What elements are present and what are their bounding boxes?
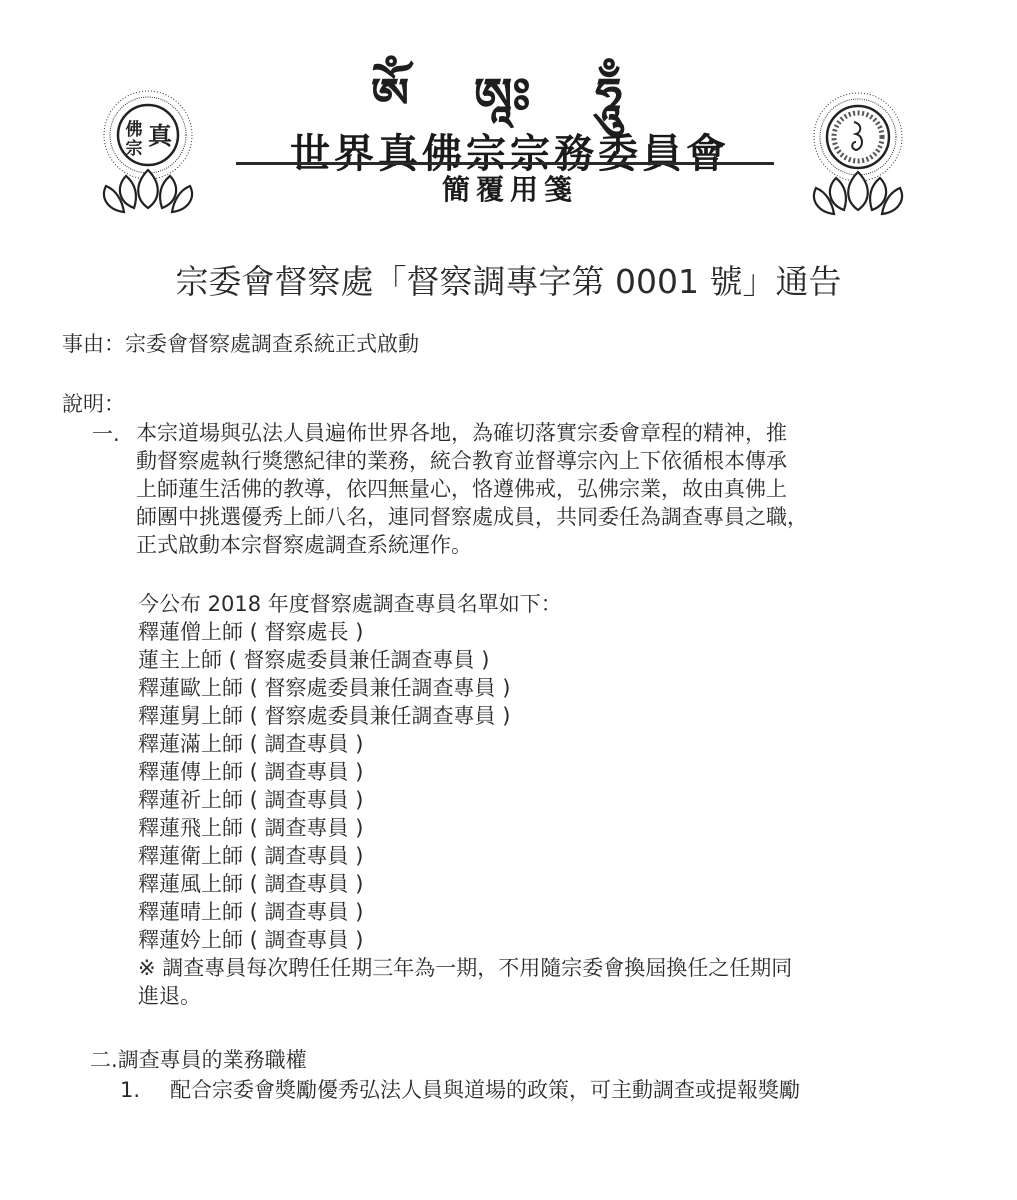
member-item: 釋蓮傳上師 ( 調查專員 ) [138, 758, 792, 786]
right-lotus-seal-icon [798, 92, 918, 217]
explanation-label: 說明： [62, 390, 125, 418]
member-item: 釋蓮飛上師 ( 調查專員 ) [138, 814, 792, 842]
member-item: 釋蓮風上師 ( 調查專員 ) [138, 870, 792, 898]
svg-text:真: 真 [148, 121, 173, 150]
left-lotus-emblem-icon: 佛 宗 真 [88, 90, 208, 215]
section-1-marker: 一. [92, 420, 120, 448]
member-list: 今公布 2018 年度督察處調查專員名單如下： 釋蓮僧上師 ( 督察處長 ) 蓮… [138, 590, 792, 1010]
member-item: 釋蓮妗上師 ( 調查專員 ) [138, 926, 792, 954]
member-item: 釋蓮滿上師 ( 調查專員 ) [138, 730, 792, 758]
member-item: 釋蓮舅上師 ( 督察處委員兼任調查專員 ) [138, 702, 792, 730]
section-1-line: 正式啟動本宗督察處調查系統運作。 [136, 531, 808, 559]
section-1-line: 師團中挑選優秀上師八名，連同督察處成員，共同委任為調查專員之職， [136, 503, 808, 531]
section-1-line: 上師蓮生活佛的教導，依四無量心，恪遵佛戒，弘佛宗業，故由真佛上 [136, 475, 808, 503]
term-note-line: 進退。 [138, 982, 792, 1010]
member-list-intro: 今公布 2018 年度督察處調查專員名單如下： [138, 590, 792, 618]
svg-text:宗: 宗 [126, 138, 143, 159]
section-1-line: 動督察處執行獎懲紀律的業務，統合教育並督導宗內上下依循根本傳承 [136, 447, 808, 475]
member-item: 釋蓮歐上師 ( 督察處委員兼任調查專員 ) [138, 674, 792, 702]
member-item: 蓮主上師 ( 督察處委員兼任調查專員 ) [138, 646, 792, 674]
term-note-line: ※ 調查專員每次聘任任期三年為一期，不用隨宗委會換屆換任之任期同 [138, 954, 792, 982]
subject-text: 宗委會督察處調查系統正式啟動 [125, 332, 419, 356]
document-title: 宗委會督察處「督察調專字第 0001 號」通告 [0, 256, 1017, 303]
subject-label: 事由： [62, 332, 125, 356]
header-divider [236, 162, 774, 165]
subject-line: 事由：宗委會督察處調查系統正式啟動 [62, 330, 419, 358]
member-item: 釋蓮衛上師 ( 調查專員 ) [138, 842, 792, 870]
section-2-title: 調查專員的業務職權 [118, 1048, 307, 1072]
section-1-line: 本宗道場與弘法人員遍佈世界各地，為確切落實宗委會章程的精神，推 [136, 419, 808, 447]
section-2-marker: 二. [90, 1048, 118, 1072]
item-number: 1. [120, 1076, 170, 1104]
section-2-heading: 二.調查專員的業務職權 [90, 1046, 307, 1074]
item-text: 配合宗委會獎勵優秀弘法人員與道場的政策，可主動調查或提報獎勵 [170, 1078, 800, 1102]
letterhead-subtitle: 簡覆用箋 [245, 168, 775, 208]
svg-text:佛: 佛 [126, 119, 143, 140]
member-item: 釋蓮晴上師 ( 調查專員 ) [138, 898, 792, 926]
member-item: 釋蓮僧上師 ( 督察處長 ) [138, 618, 792, 646]
section-2-item: 1.配合宗委會獎勵優秀弘法人員與道場的政策，可主動調查或提報獎勵 [120, 1076, 800, 1104]
member-item: 釋蓮祈上師 ( 調查專員 ) [138, 786, 792, 814]
section-1-body: 本宗道場與弘法人員遍佈世界各地，為確切落實宗委會章程的精神，推 動督察處執行獎懲… [136, 419, 808, 559]
